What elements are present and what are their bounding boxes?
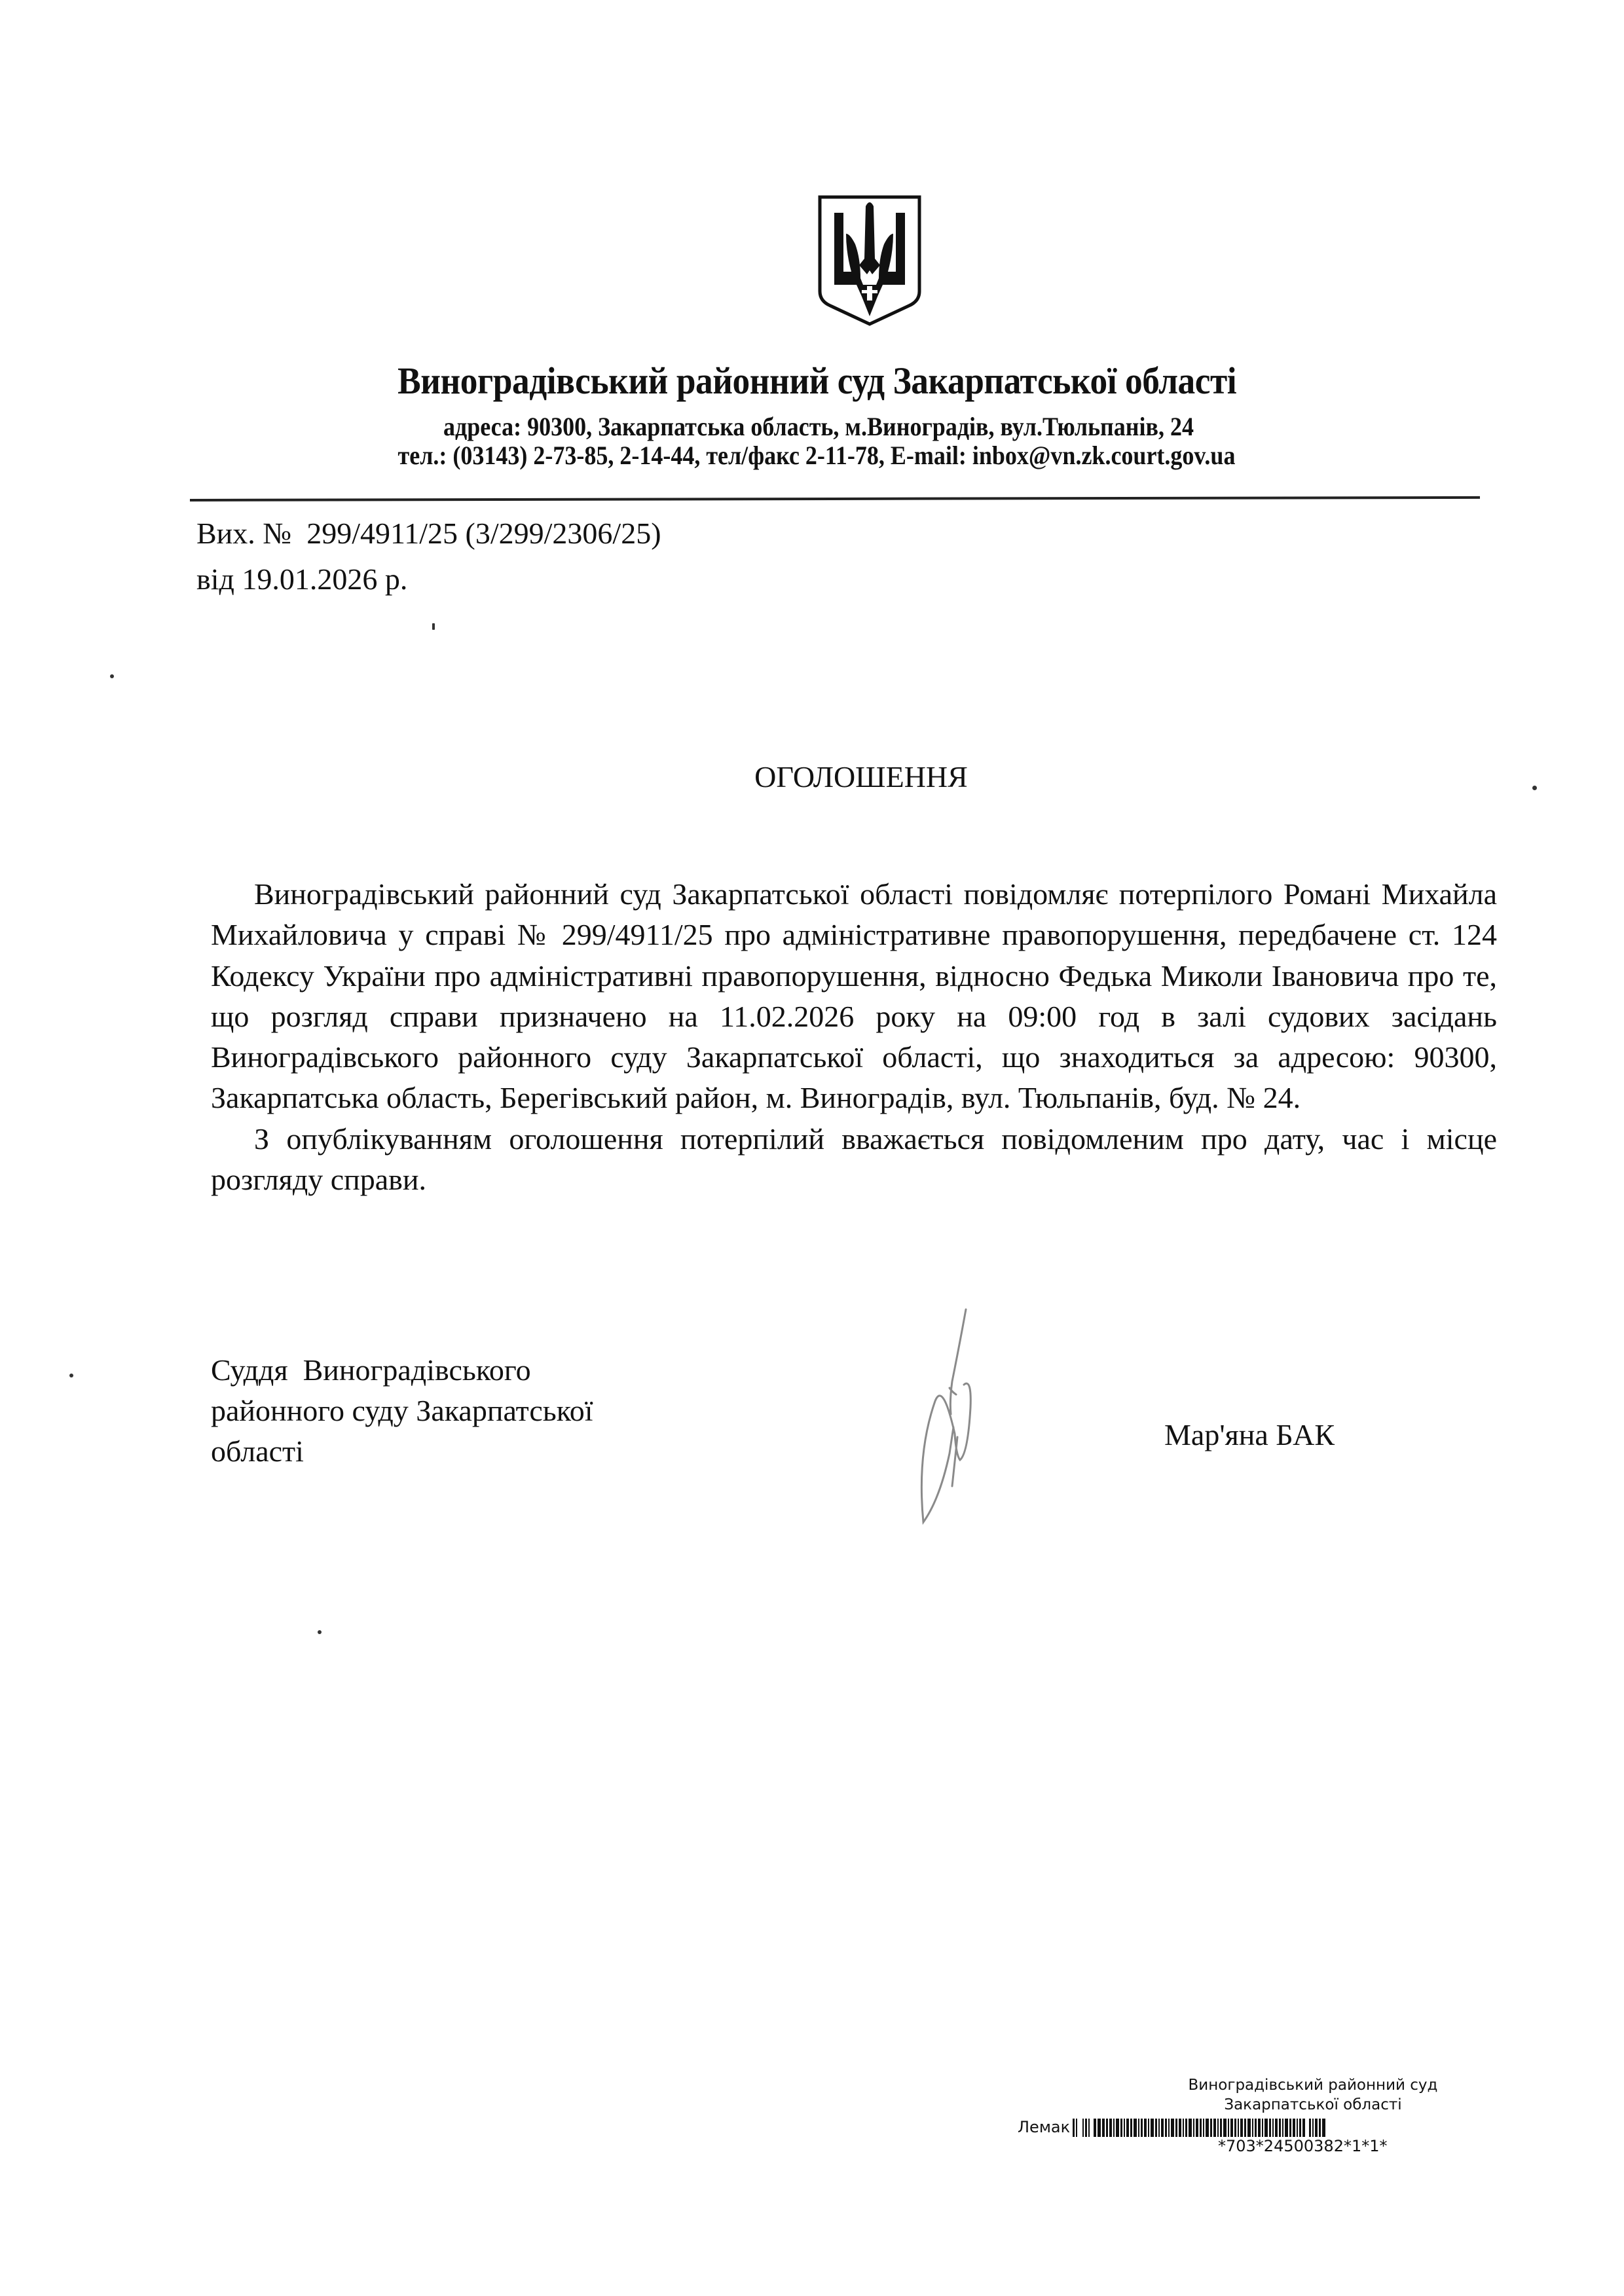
outgoing-number: Вих. № 299/4911/25 (3/299/2306/25) — [196, 516, 661, 551]
court-contacts: тел.: (03143) 2-73-85, 2-14-44, тел/факс… — [86, 440, 1547, 471]
scan-speck — [318, 1630, 322, 1634]
barcode-number: *703*24500382*1*1* — [1218, 2137, 1572, 2155]
stamp-court-line1: Виноградівський районний суд — [1116, 2075, 1509, 2095]
court-name-heading: Виноградівський районний суд Закарпатськ… — [70, 359, 1564, 403]
judge-position: Суддя Виноградівського районного суду За… — [211, 1350, 735, 1472]
notice-paragraph: Виноградівський районний суд Закарпатськ… — [211, 874, 1497, 1119]
judge-position-line: області — [211, 1431, 735, 1472]
coat-of-arms-icon — [817, 193, 922, 327]
barcode-row: Лемак — [1008, 2116, 1572, 2137]
judge-position-line: районного суду Закарпатської — [211, 1391, 735, 1431]
operator-name: Лемак — [1018, 2117, 1070, 2137]
handwritten-signature-icon — [904, 1303, 1022, 1539]
signer-name: Мар'яна БАК — [1164, 1417, 1335, 1452]
scan-speck — [1532, 786, 1537, 790]
barcode-icon — [1073, 2119, 1387, 2137]
judge-position-line: Суддя Виноградівського — [211, 1350, 735, 1391]
scan-speck — [69, 1374, 73, 1377]
scan-speck — [110, 674, 114, 678]
court-address: адреса: 90300, Закарпатська область, м.В… — [88, 411, 1549, 442]
header-divider — [190, 496, 1480, 501]
scan-speck — [432, 623, 435, 630]
stamp-court-line2: Закарпатської області — [1116, 2095, 1509, 2115]
notice-title: ОГОЛОШЕННЯ — [0, 759, 1624, 794]
document-date: від 19.01.2026 р. — [196, 562, 407, 596]
notice-paragraph: З опублікуванням оголошення потерпілий в… — [211, 1119, 1497, 1201]
registry-stamp: Виноградівський районний суд Закарпатськ… — [1008, 2075, 1572, 2155]
notice-body: Виноградівський районний суд Закарпатськ… — [211, 874, 1497, 1200]
